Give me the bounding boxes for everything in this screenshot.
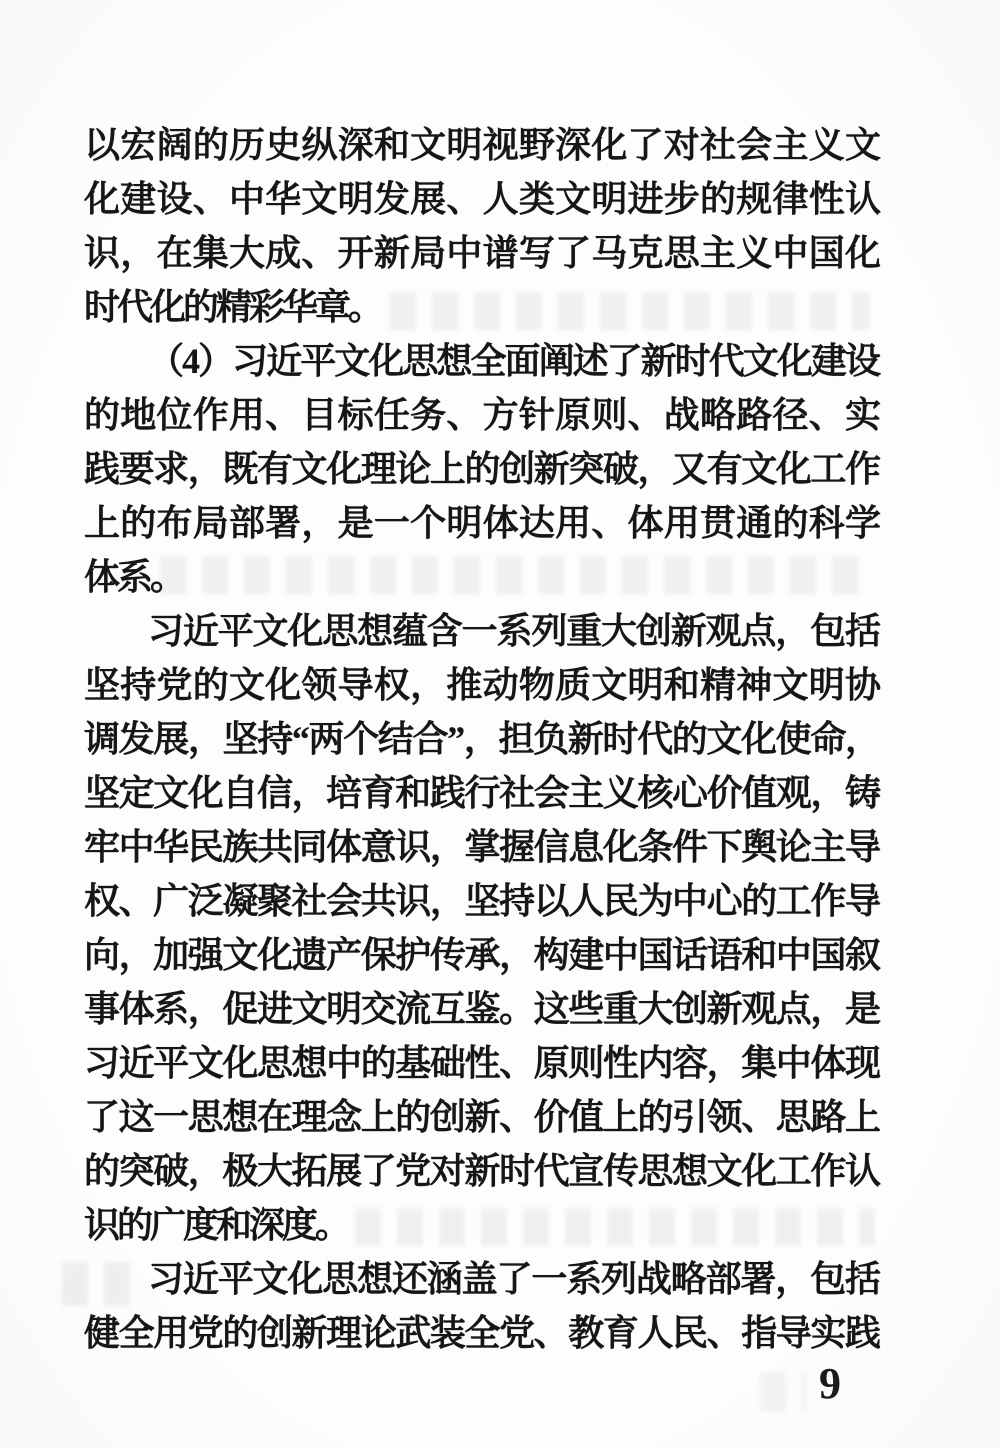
text-line: 识，在集大成、开新局中谱写了马克思主义中国化 [84,226,878,280]
scanned-book-page: 以宏阔的历史纵深和文明视野深化了对社会主义文 化建设、中华文明发展、人类文明进步… [0,0,1000,1448]
text-line: 习近平文化思想还涵盖了一系列战略部署，包括 [84,1252,878,1306]
text-line: 调发展，坚持“两个结合”，担负新时代的文化使命， [84,712,878,766]
text-line: 识的广度和深度。 [84,1198,878,1252]
text-line: 时代化的精彩华章。 [84,280,878,334]
text-line: 坚持党的文化领导权，推动物质文明和精神文明协 [84,658,878,712]
text-line: 事体系，促进文明交流互鉴。这些重大创新观点，是 [84,982,878,1036]
text-line: 上的布局部署，是一个明体达用、体用贯通的科学 [84,496,878,550]
text-line: 坚定文化自信，培育和践行社会主义核心价值观，铸 [84,766,878,820]
text-line: 健全用党的创新理论武装全党、教育人民、指导实践 [84,1306,878,1360]
text-line: 的突破，极大拓展了党对新时代宣传思想文化工作认 [84,1144,878,1198]
text-line: （4）习近平文化思想全面阐述了新时代文化建设 [84,334,878,388]
text-line: 习近平文化思想蕴含一系列重大创新观点，包括 [84,604,878,658]
text-line: 化建设、中华文明发展、人类文明进步的规律性认 [84,172,878,226]
body-text-block: 以宏阔的历史纵深和文明视野深化了对社会主义文 化建设、中华文明发展、人类文明进步… [84,118,878,1360]
page-number: 9 [800,1358,860,1409]
text-line: 权、广泛凝聚社会共识，坚持以人民为中心的工作导 [84,874,878,928]
text-line: 了这一思想在理念上的创新、价值上的引领、思路上 [84,1090,878,1144]
text-line: 牢中华民族共同体意识，掌握信息化条件下舆论主导 [84,820,878,874]
text-line: 习近平文化思想中的基础性、原则性内容，集中体现 [84,1036,878,1090]
text-line: 以宏阔的历史纵深和文明视野深化了对社会主义文 [84,118,878,172]
text-line: 践要求，既有文化理论上的创新突破，又有文化工作 [84,442,878,496]
text-line: 的地位作用、目标任务、方针原则、战略路径、实 [84,388,878,442]
text-line: 向，加强文化遗产保护传承，构建中国话语和中国叙 [84,928,878,982]
text-line: 体系。 [84,550,878,604]
